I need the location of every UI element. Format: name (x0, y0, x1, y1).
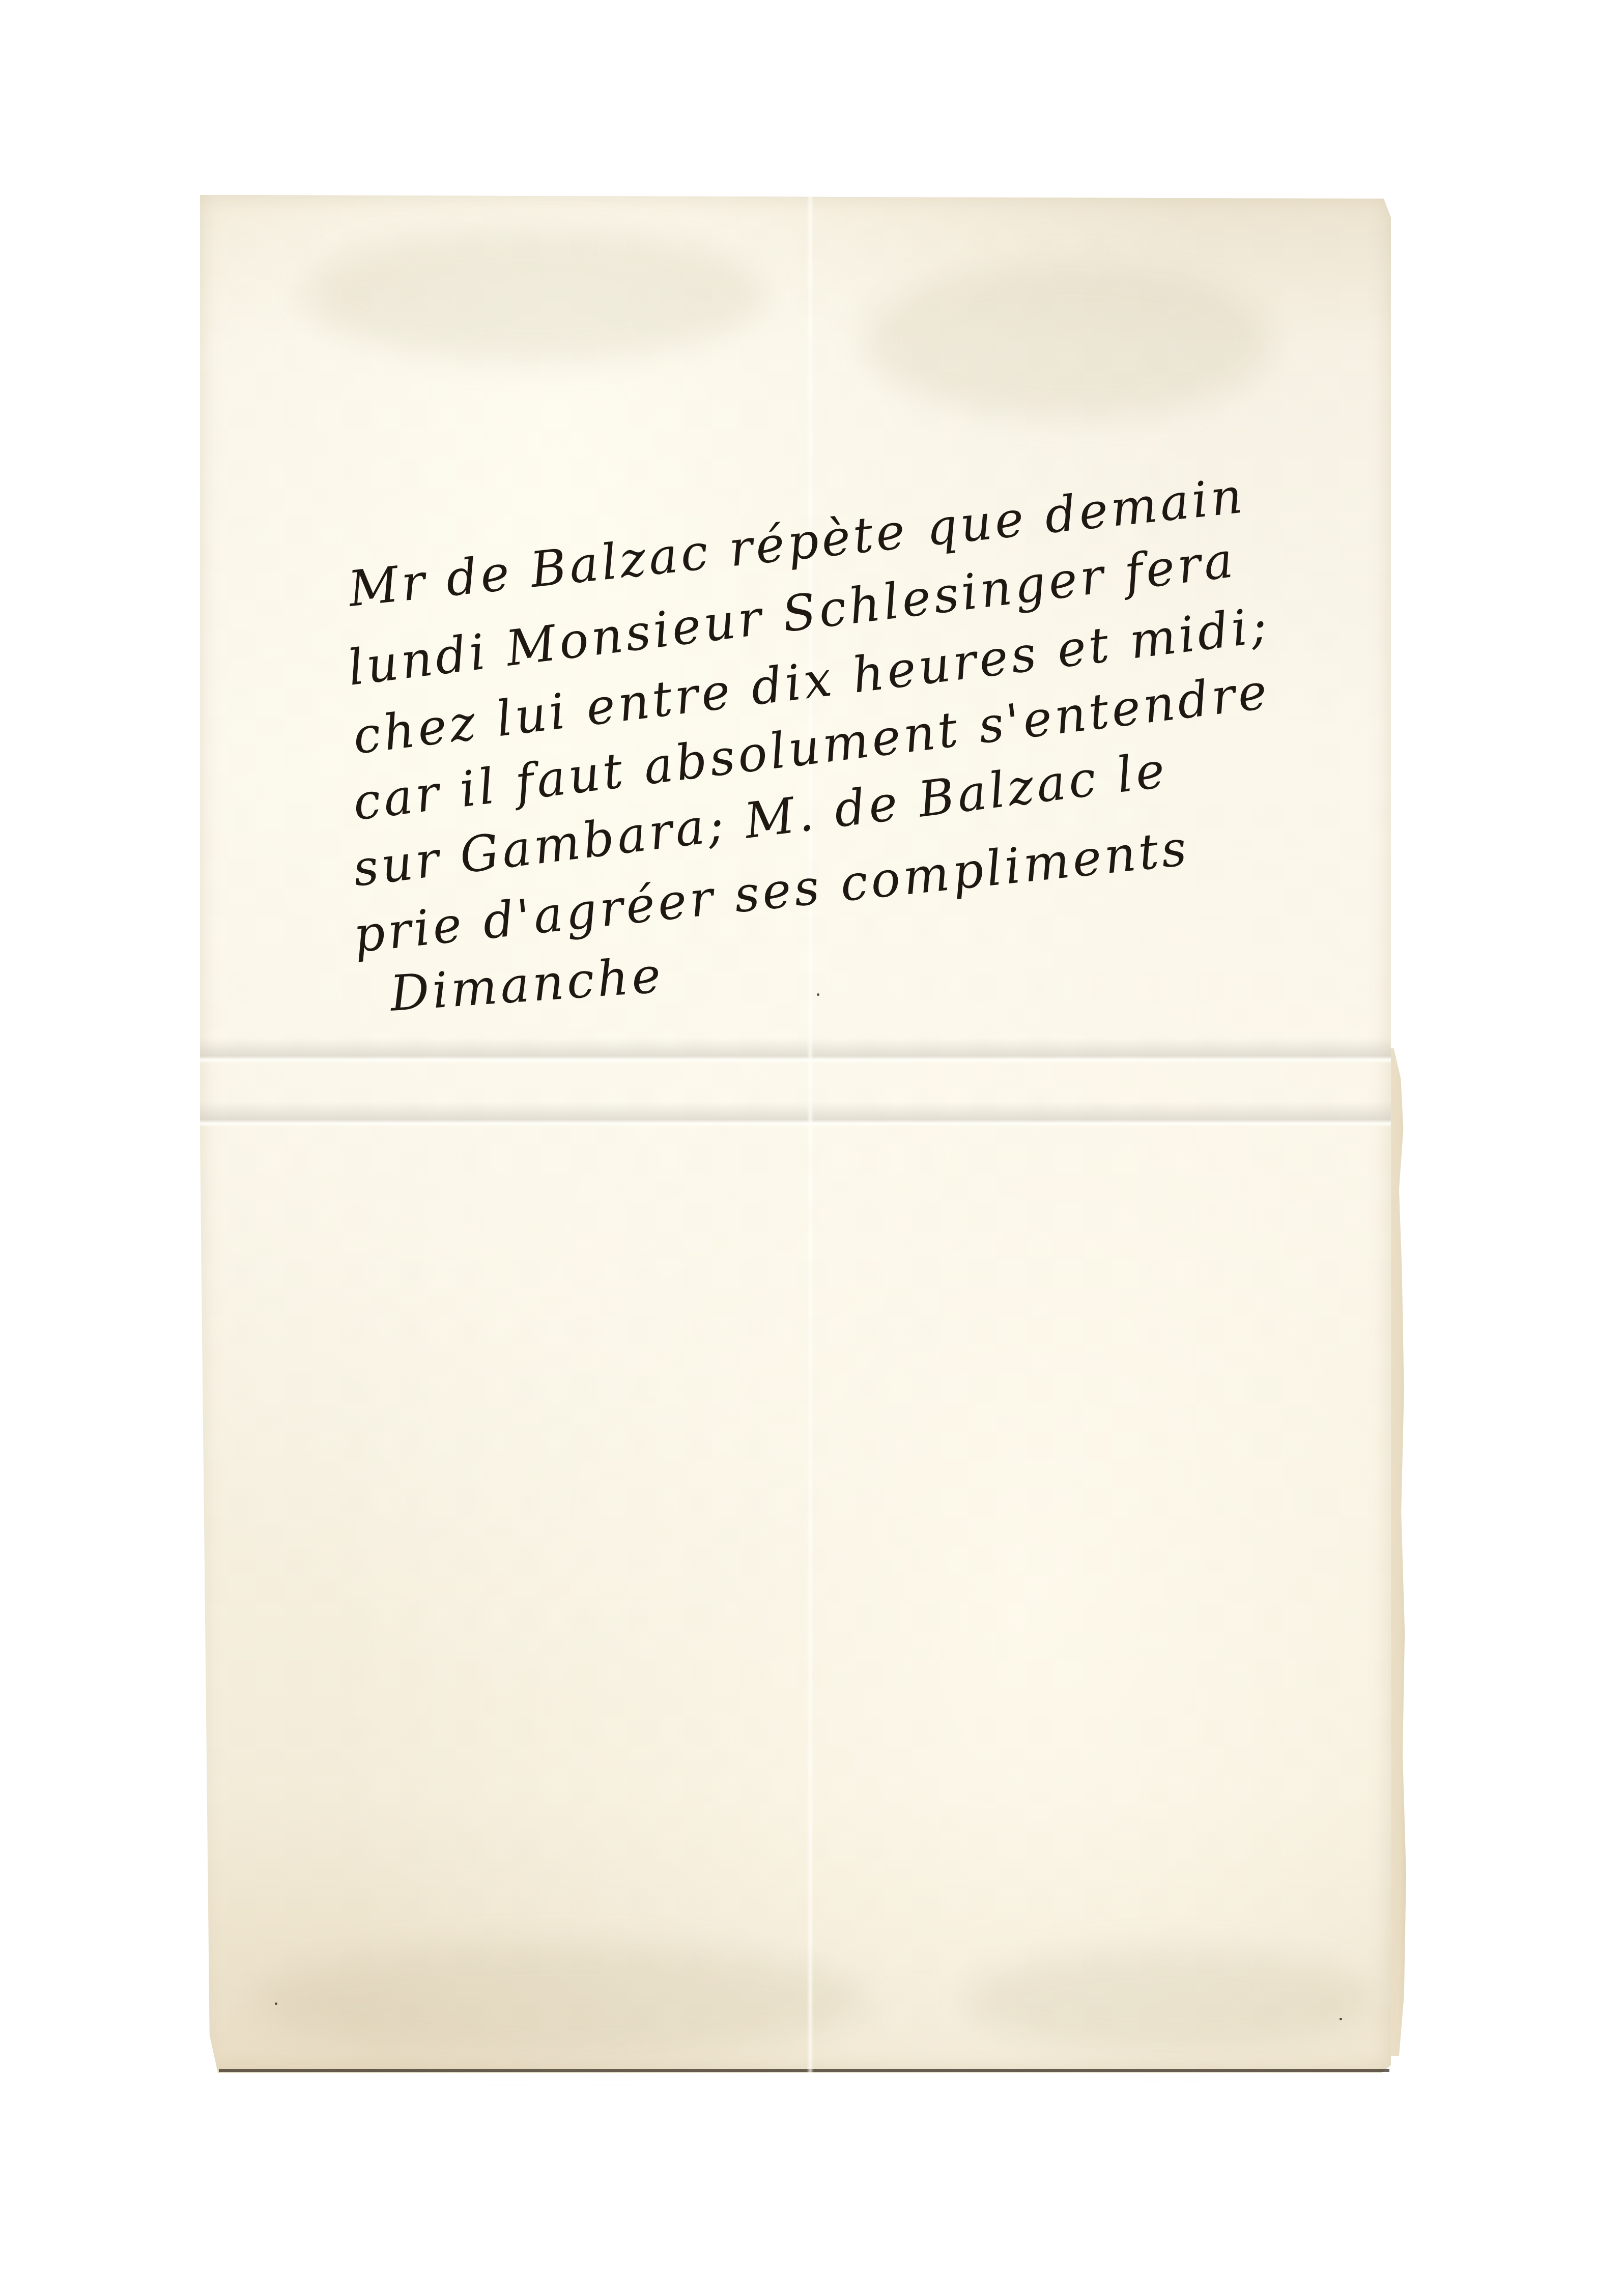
horizontal-fold (200, 1038, 1391, 1064)
ink-speck (1340, 2018, 1342, 2020)
paper-stain (305, 229, 763, 361)
ink-speck (275, 2002, 277, 2005)
horizontal-fold (200, 1102, 1391, 1127)
sheet-bottom-edge (219, 2069, 1389, 2072)
paper-stain (254, 1944, 865, 2056)
vertical-fold (807, 195, 814, 2073)
ink-speck (817, 993, 819, 996)
paper-stain (865, 265, 1272, 417)
paper-stain (967, 1949, 1374, 2051)
